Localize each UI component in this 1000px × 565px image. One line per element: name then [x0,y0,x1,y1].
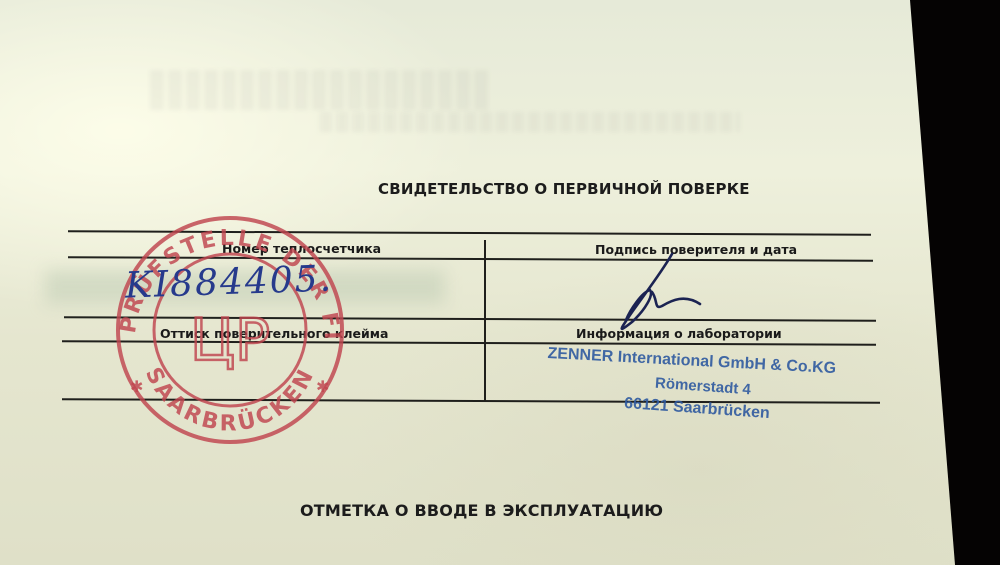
star-icon: ✱ [316,377,329,396]
commissioning-title: ОТМЕТКА О ВВОДЕ В ЭКСПЛУАТАЦИЮ [0,501,1000,520]
stamp-arc-bottom: SAARBRÜCKEN [140,363,320,436]
star-icon: ✱ [130,377,143,396]
verifier-signature [622,254,700,329]
document-page: СВИДЕТЕЛЬСТВО О ПЕРВИЧНОЙ ПОВЕРКЕ Номер … [0,0,1000,565]
stamp-center: ЦР [190,306,270,374]
meter-number-value: KI884405. [124,258,333,306]
